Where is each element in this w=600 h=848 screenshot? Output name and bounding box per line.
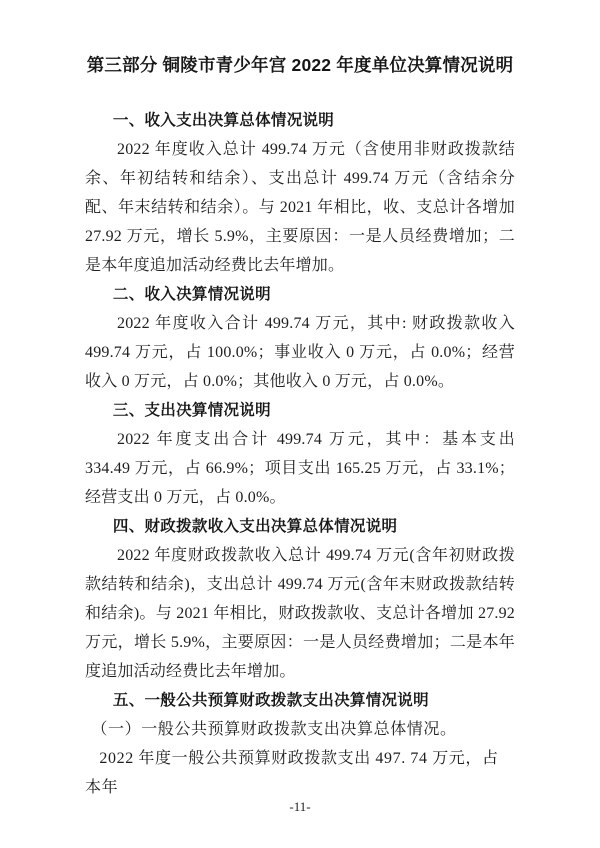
section-4-paragraph: 2022 年度财政拨款收入总计 499.74 万元(含年初财政拨款结转和结余)，… [85, 541, 515, 686]
section-3-heading: 三、支出决算情况说明 [85, 396, 515, 425]
section-3-paragraph: 2022 年度支出合计 499.74 万元，其中：基本支出 334.49 万元，… [85, 425, 515, 512]
section-5-heading: 五、一般公共预算财政拨款支出决算情况说明 [85, 686, 515, 715]
page-number: -11- [0, 800, 600, 814]
section-expenditure-detail: 三、支出决算情况说明 2022 年度支出合计 499.74 万元，其中：基本支出… [85, 396, 515, 512]
section-1-paragraph: 2022 年度收入总计 499.74 万元（含使用非财政拨款结余、年初结转和结余… [85, 135, 515, 280]
section-2-paragraph: 2022 年度收入合计 499.74 万元，其中: 财政拨款收入 499.74 … [85, 309, 515, 396]
section-2-heading: 二、收入决算情况说明 [85, 280, 515, 309]
section-4-heading: 四、财政拨款收入支出决算总体情况说明 [85, 512, 515, 541]
section-5-paragraph: 2022 年度一般公共预算财政拨款支出 497. 74 万元，占本年 [85, 744, 515, 802]
section-fiscal-appropriation-overview: 四、财政拨款收入支出决算总体情况说明 2022 年度财政拨款收入总计 499.7… [85, 512, 515, 686]
section-general-public-budget: 五、一般公共预算财政拨款支出决算情况说明 （一）一般公共预算财政拨款支出决算总体… [85, 686, 515, 802]
document-title: 第三部分 铜陵市青少年宫 2022 年度单位决算情况说明 [85, 50, 515, 80]
section-5-subheading: （一）一般公共预算财政拨款支出决算总体情况。 [85, 715, 515, 744]
section-income-detail: 二、收入决算情况说明 2022 年度收入合计 499.74 万元，其中: 财政拨… [85, 280, 515, 396]
section-1-heading: 一、收入支出决算总体情况说明 [85, 106, 515, 135]
document-page: 第三部分 铜陵市青少年宫 2022 年度单位决算情况说明 一、收入支出决算总体情… [0, 0, 600, 848]
section-income-expenditure-overview: 一、收入支出决算总体情况说明 2022 年度收入总计 499.74 万元（含使用… [85, 106, 515, 280]
document-content: 第三部分 铜陵市青少年宫 2022 年度单位决算情况说明 一、收入支出决算总体情… [85, 50, 515, 802]
